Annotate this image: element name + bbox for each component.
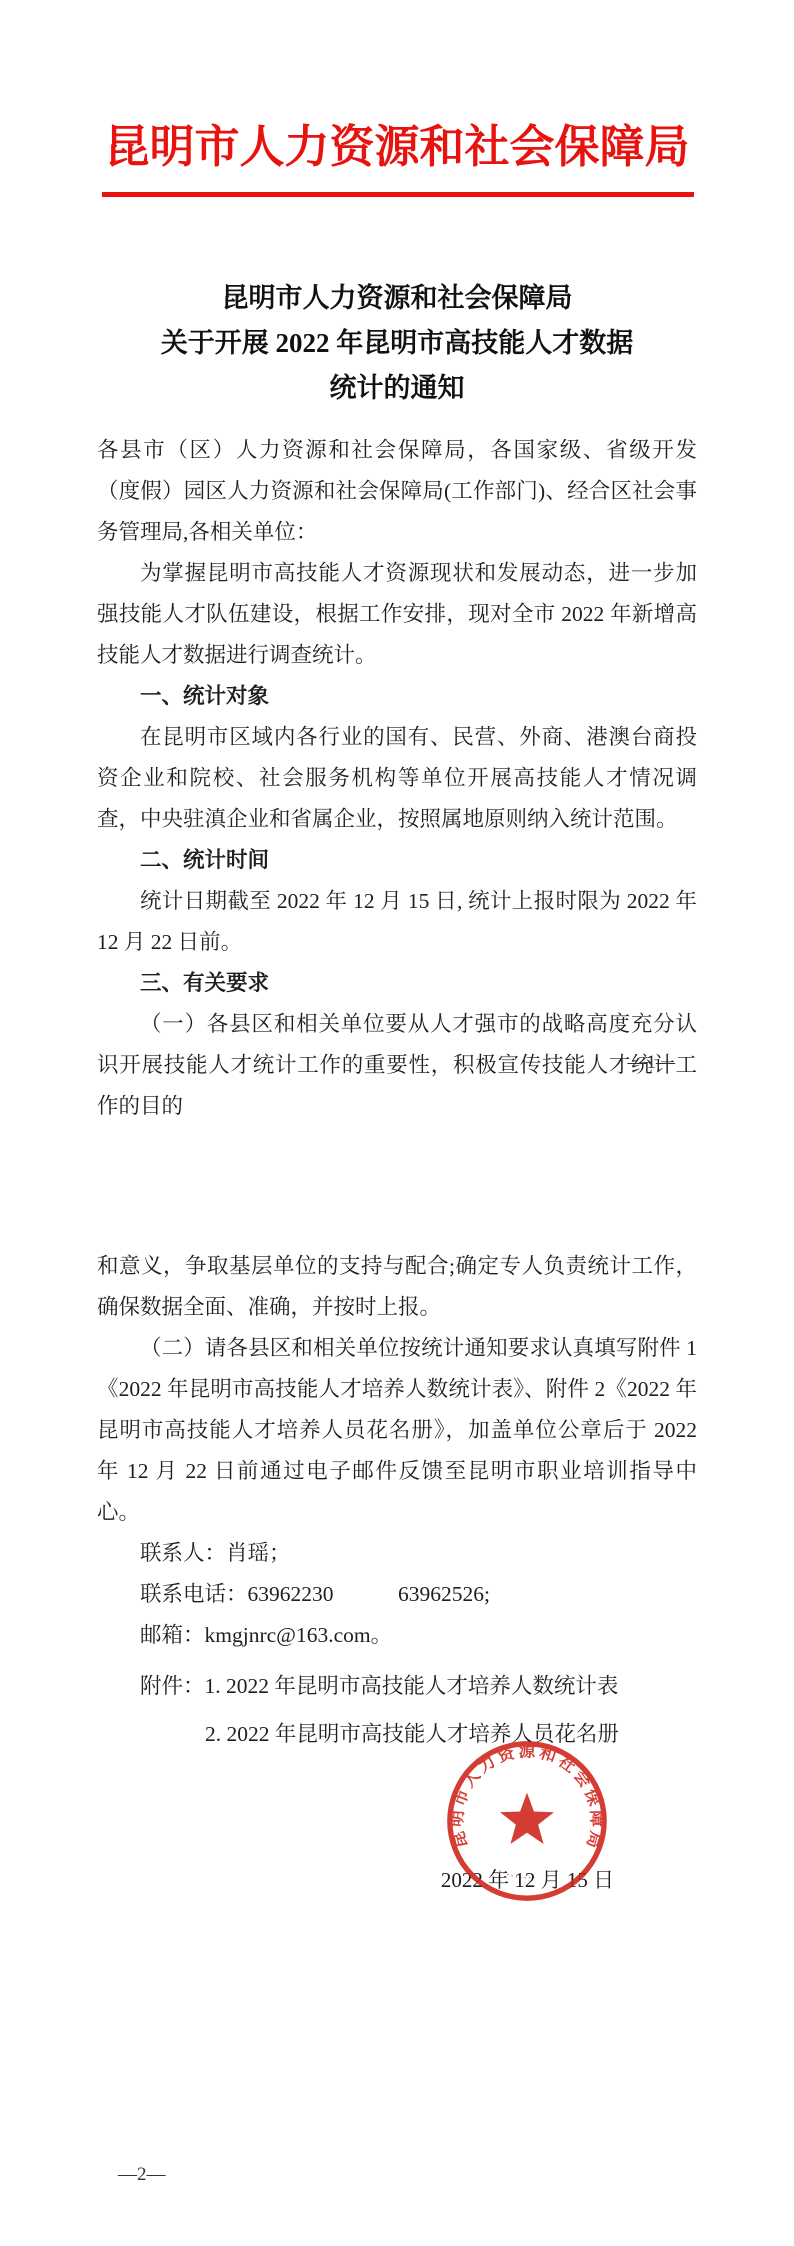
official-seal: 昆明市人力资源和社会保障局 ········· <box>444 1738 610 1904</box>
page-number-2: —2— <box>118 2164 166 2186</box>
letterhead-org-name: 昆明市人力资源和社会保障局 <box>0 110 794 175</box>
intro-paragraph: 为掌握昆明市高技能人才资源现状和发展动态，进一步加强技能人才队伍建设，根据工作安… <box>97 553 697 676</box>
attachments-label: 附件： <box>140 1674 205 1698</box>
title-line-1: 昆明市人力资源和社会保障局 <box>0 276 794 321</box>
requirement-2-paragraph: （二）请各县区和相关单位按统计通知要求认真填写附件 1《2022 年昆明市高技能… <box>97 1328 697 1533</box>
page2-body: 和意义，争取基层单位的支持与配合;确定专人负责统计工作，确保数据全面、准确，并按… <box>97 1246 697 1656</box>
letterhead-divider <box>102 192 694 197</box>
attachment-row-1: 附件：1. 2022 年昆明市高技能人才培养人数统计表 <box>97 1662 697 1710</box>
title-line-2: 关于开展 2022 年昆明市高技能人才数据 <box>0 321 794 366</box>
section-heading-3: 三、有关要求 <box>97 963 697 1004</box>
contact-email: 邮箱：kmgjnrc@163.com。 <box>97 1615 697 1656</box>
section-heading-2: 二、统计时间 <box>97 840 697 881</box>
document-page: 昆明市人力资源和社会保障局 昆明市人力资源和社会保障局 关于开展 2022 年昆… <box>0 0 794 2246</box>
title-line-3: 统计的通知 <box>0 366 794 411</box>
attachment-item-1: 1. 2022 年昆明市高技能人才培养人数统计表 <box>205 1674 619 1698</box>
page1-body: 各县市（区）人力资源和社会保障局，各国家级、省级开发（度假）园区人力资源和社会保… <box>97 430 697 1127</box>
section-heading-1: 一、统计对象 <box>97 676 697 717</box>
scope-paragraph: 在昆明市区域内各行业的国有、民营、外商、港澳台商投资企业和院校、社会服务机构等单… <box>97 717 697 840</box>
seal-star-icon <box>500 1793 554 1844</box>
contact-phone: 联系电话：63962230 63962526; <box>97 1574 697 1615</box>
seal-graphic: 昆明市人力资源和社会保障局 ········· <box>444 1738 610 1904</box>
page-number-1: —1— <box>97 1052 675 1074</box>
seal-code: ········· <box>497 1867 538 1883</box>
time-paragraph: 统计日期截至 2022 年 12 月 15 日, 统计上报时限为 2022 年 … <box>97 881 697 963</box>
salutation: 各县市（区）人力资源和社会保障局，各国家级、省级开发（度假）园区人力资源和社会保… <box>97 430 697 553</box>
svg-text:·········: ········· <box>497 1867 538 1883</box>
document-title: 昆明市人力资源和社会保障局 关于开展 2022 年昆明市高技能人才数据 统计的通… <box>0 276 794 411</box>
contact-person: 联系人：肖瑶； <box>97 1533 697 1574</box>
requirement-1-continued: 和意义，争取基层单位的支持与配合;确定专人负责统计工作，确保数据全面、准确，并按… <box>97 1246 697 1328</box>
